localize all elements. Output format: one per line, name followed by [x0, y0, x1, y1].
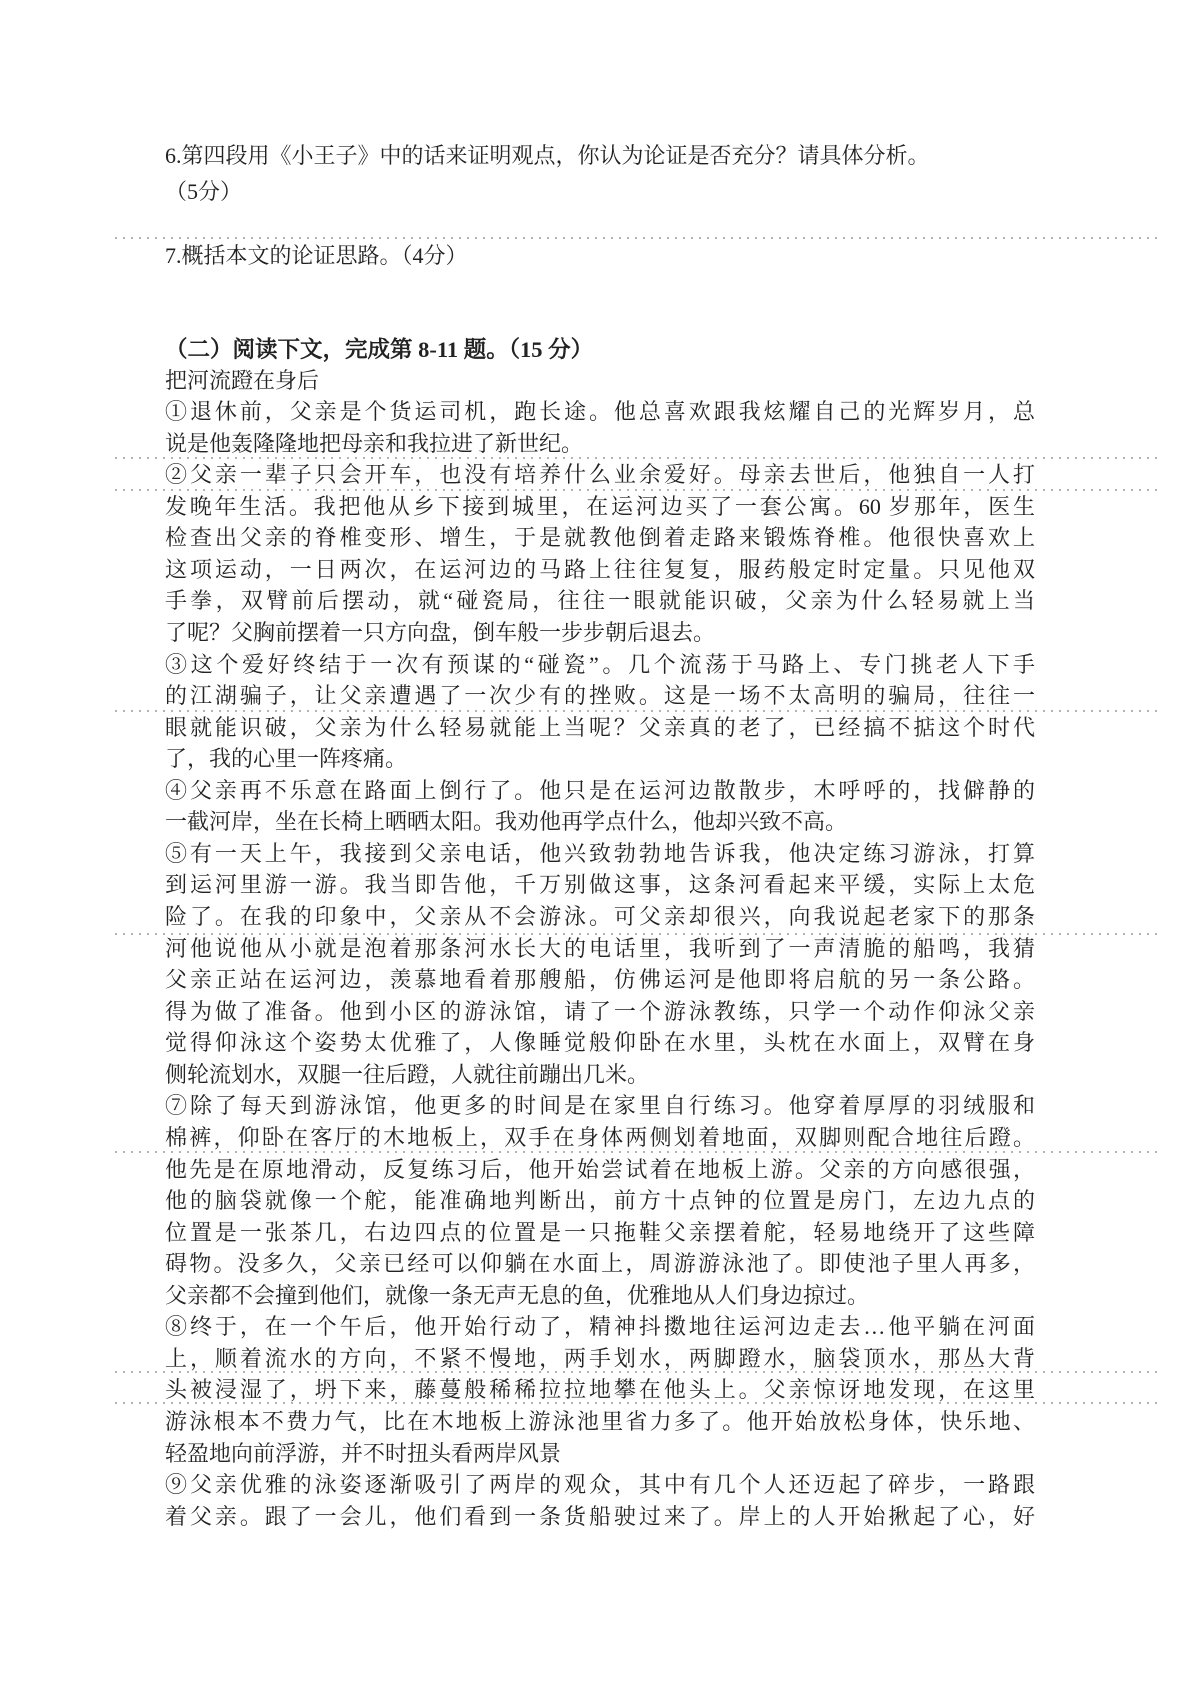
passage-line: ⑦除了每天到游泳馆，他更多的时间是在家里自行练习。他穿着厚厚的羽绒服和 — [165, 1090, 1035, 1122]
passage-line: 说是他轰隆隆地把母亲和我拉进了新世纪。 — [165, 428, 1035, 460]
passage-line: 手拳，双臂前后摆动，就“碰瓷局，往往一眼就能识破，父亲为什么轻易就上当 — [165, 585, 1035, 617]
passage-line: 眼就能识破，父亲为什么轻易就能上当呢？父亲真的老了，已经搞不掂这个时代 — [165, 712, 1035, 744]
section-heading: （二）阅读下文，完成第 8-11 题。（15 分） — [165, 334, 1035, 366]
passage-line: 这项运动，一日两次，在运河边的马路上往往复复，服药般定时定量。只见他双 — [165, 554, 1035, 586]
passage-line: 头被浸湿了，坍下来，藤蔓般稀稀拉拉地攀在他头上。父亲惊讶地发现，在这里 — [165, 1374, 1035, 1406]
passage-line: ②父亲一辈子只会开车，也没有培养什么业余爱好。母亲去世后，他独自一人打 — [165, 459, 1035, 491]
passage-line: 到运河里游一游。我当即告他，千万别做这事，这条河看起来平缓，实际上太危 — [165, 869, 1035, 901]
passage-line: ④父亲再不乐意在路面上倒行了。他只是在运河边散散步，木呼呼的，找僻静的 — [165, 775, 1035, 807]
passage-line: 他的脑袋就像一个舵，能准确地判断出，前方十点钟的位置是房门，左边九点的 — [165, 1185, 1035, 1217]
dotted-answer-line — [115, 237, 1157, 239]
passage-line: ⑨父亲优雅的泳姿逐渐吸引了两岸的观众，其中有几个人还迈起了碎步，一路跟 — [165, 1469, 1035, 1501]
passage-title: 把河流蹬在身后 — [165, 365, 1035, 397]
passage-line: 着父亲。跟了一会儿，他们看到一条货船驶过来了。岸上的人开始揪起了心，好 — [165, 1501, 1035, 1533]
passage-line: 的江湖骗子，让父亲遭遇了一次少有的挫败。这是一场不太高明的骗局，往往一 — [165, 680, 1035, 712]
passage-line: 一截河岸，坐在长椅上晒晒太阳。我劝他再学点什么，他却兴致不高。 — [165, 806, 1035, 838]
passage-line: ①退休前，父亲是个货运司机，跑长途。他总喜欢跟我炫耀自己的光辉岁月，总 — [165, 396, 1035, 428]
passage-line: 棉裤，仰卧在客厅的木地板上，双手在身体两侧划着地面，双脚则配合地往后蹬。 — [165, 1122, 1035, 1154]
question-7-text: 7.概括本文的论证思路。（4分） — [165, 240, 1035, 272]
passage-line: ③这个爱好终结于一次有预谋的“碰瓷”。几个流荡于马路上、专门挑老人下手 — [165, 649, 1035, 681]
document-page: 6.第四段用《小王子》中的话来证明观点，你认为论证是否充分？请具体分析。 （5分… — [0, 0, 1200, 1698]
passage-line: 父亲都不会撞到他们，就像一条无声无息的鱼，优雅地从人们身边掠过。 — [165, 1280, 1035, 1312]
passage-line: 得为做了准备。他到小区的游泳馆，请了一个游泳教练，只学一个动作仰泳父亲 — [165, 996, 1035, 1028]
passage-line: 了，我的心里一阵疼痛。 — [165, 743, 1035, 775]
passage-line: 上，顺着流水的方向，不紧不慢地，两手划水，两脚蹬水，脑袋顶水，那丛大背 — [165, 1343, 1035, 1375]
passage-line: 碍物。没多久，父亲已经可以仰躺在水面上，周游游泳池了。即使池子里人再多， — [165, 1248, 1035, 1280]
passage: ①退休前，父亲是个货运司机，跑长途。他总喜欢跟我炫耀自己的光辉岁月，总说是他轰隆… — [165, 396, 1035, 1532]
passage-line: 轻盈地向前浮游，并不时扭头看两岸风景 — [165, 1438, 1035, 1470]
passage-line: 他先是在原地滑动，反复练习后，他开始尝试着在地板上游。父亲的方向感很强， — [165, 1154, 1035, 1186]
passage-line: 游泳根本不费力气，比在木地板上游泳池里省力多了。他开始放松身体，快乐地、 — [165, 1406, 1035, 1438]
passage-line: 发晚年生活。我把他从乡下接到城里，在运河边买了一套公寓。60 岁那年，医生 — [165, 491, 1035, 523]
passage-line: 河他说他从小就是泡着那条河水长大的电话里，我听到了一声清脆的船鸣，我猜 — [165, 933, 1035, 965]
passage-line: 父亲正站在运河边，羡慕地看着那艘船，仿佛运河是他即将启航的另一条公路。 — [165, 964, 1035, 996]
passage-line: 侧轮流划水，双腿一往后蹬，人就往前蹦出几米。 — [165, 1059, 1035, 1091]
passage-line: 觉得仰泳这个姿势太优雅了，人像睡觉般仰卧在水里，头枕在水面上，双臂在身 — [165, 1027, 1035, 1059]
question-6-score: （5分） — [165, 176, 1035, 208]
passage-line: ⑧终于，在一个午后，他开始行动了，精神抖擞地往运河边走去…他平躺在河面 — [165, 1311, 1035, 1343]
passage-line: 险了。在我的印象中，父亲从不会游泳。可父亲却很兴，向我说起老家下的那条 — [165, 901, 1035, 933]
passage-line: 了呢？父胸前摆着一只方向盘，倒车般一步步朝后退去。 — [165, 617, 1035, 649]
passage-line: ⑤有一天上午，我接到父亲电话，他兴致勃勃地告诉我，他决定练习游泳，打算 — [165, 838, 1035, 870]
passage-line: 位置是一张茶几，右边四点的位置是一只拖鞋父亲摆着舵，轻易地绕开了这些障 — [165, 1217, 1035, 1249]
passage-line: 检查出父亲的脊椎变形、增生，于是就教他倒着走路来锻炼脊椎。他很快喜欢上 — [165, 522, 1035, 554]
question-6-text: 6.第四段用《小王子》中的话来证明观点，你认为论证是否充分？请具体分析。 — [165, 140, 1035, 172]
